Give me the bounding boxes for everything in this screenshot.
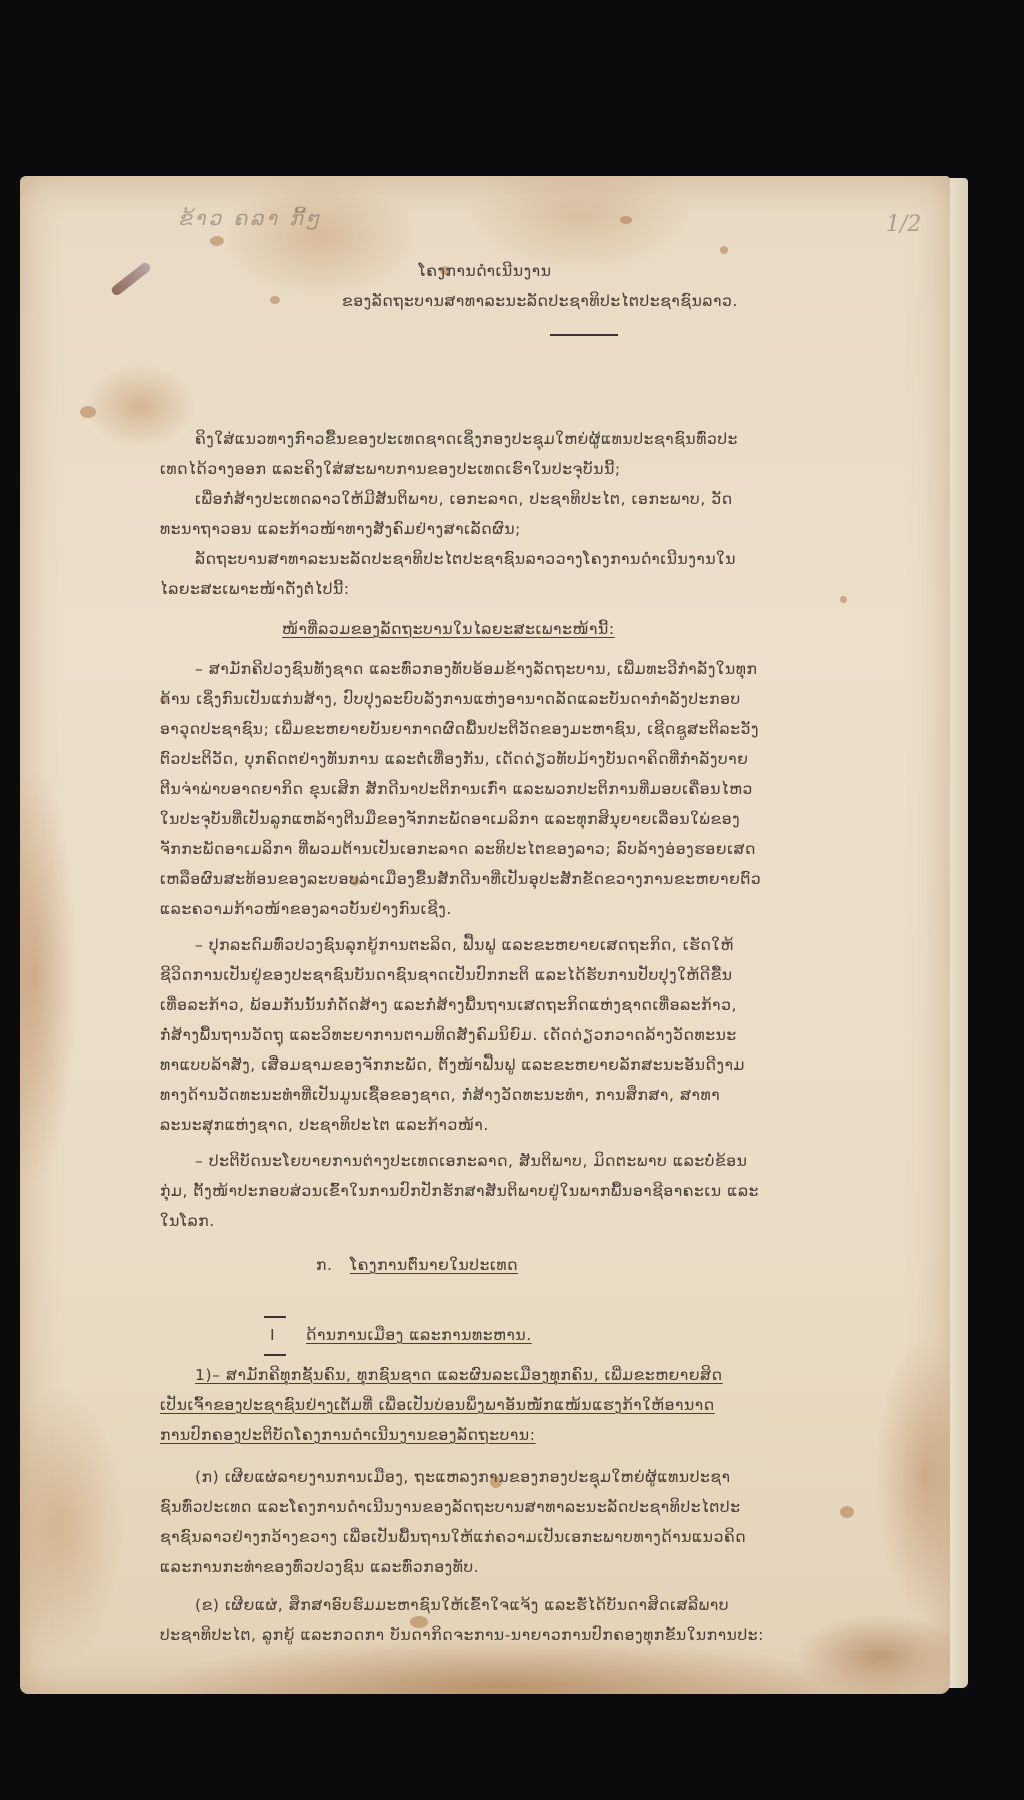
item1b-line: (ຂ) ເຜີຍແຜ່, ສຶກສາອົບຮົມມະຫາຊົນໃຫ້ເຂົ້າໃ… xyxy=(195,1596,729,1614)
item1-line: 1)– ສາມັກຄີທຸກຊັ້ນຄົນ, ທຸກຊົນຊາດ ແລະຜົນລ… xyxy=(195,1366,723,1384)
intro-line: ທະນາຖາວອນ ແລະກ້າວໜ້າທາງສັງຄົມຢ່າງສາເລັດຜ… xyxy=(160,520,521,538)
para2-line: ຊີວິດການເປັນຢູ່ຂອງປະຊາຊົນບັນດາຊົນຊາດເປັນ… xyxy=(160,966,733,984)
para1-line: ຕີນຈ່າພ່າບອາດຍາກິດ ຂຸນເສິກ ສັກດີນາປະຕິກາ… xyxy=(160,780,753,798)
title-line-2: ຂອງລັດຖະບານສາທາລະນະລັດປະຊາທິປະໄຕປະຊາຊົນລ… xyxy=(20,292,950,310)
roman-numeral-bar xyxy=(264,1316,286,1318)
intro-line: ເທດໄດ້ວາງອອກ ແລະຄິງໃສ່ສະພາບການຂອງປະເທດເຮ… xyxy=(160,460,621,478)
para3-line: ໃນໂລກ. xyxy=(160,1212,215,1230)
para2-line: ທາແບບລ້າສັງ, ເສື່ອມຊາມຂອງຈັກກະພັດ, ຕັ້ງໜ… xyxy=(160,1056,745,1074)
para2-line: ລະນະສຸກແຫ່ງຊາດ, ປະຊາທິປະໄຕ ແລະກ້າວໜ້າ. xyxy=(160,1116,489,1134)
item1b-line: ປະຊາທິປະໄຕ, ລູກຍູ້ ແລະກວດກາ ບັນດາກິດຈະກາ… xyxy=(160,1626,764,1644)
section-heading: ໜ້າທີ່ລວມຂອງລັດຖະບານໃນໄລຍະສະເພາະໜ້ານີ້: xyxy=(282,620,615,638)
intro-line: ຄິງໃສ່ແນວທາງກົາວຂື້ນຂອງປະເທດຊາດເຊິ່ງກອງປ… xyxy=(195,430,738,448)
item1-line: ການປົກຄອງປະຕິບັດໂຄງການດຳເນີນງານຂອງລັດຖະບ… xyxy=(160,1426,536,1444)
item1a-line: (ກ) ເຜີຍແຜ່ລາຍງານການເມືອງ, ຖະແຫລງການຂອງກ… xyxy=(195,1468,731,1486)
handwritten-stamp: ຂ້າວ ຄລາ ກີ້ໆ xyxy=(178,206,322,230)
section-a-heading: ໂຄງການຕົ່ນາຍໃນປະເທດ xyxy=(350,1256,518,1274)
para3-line: – ປະຕິບັດນະໂຍບາຍການຕ່າງປະເທດເອກະລາດ, ສັນ… xyxy=(195,1152,747,1170)
handwritten-page-number: 1/2 xyxy=(886,212,921,237)
intro-line: ໄລຍະສະເພາະໜ້າດັ່ງຕໍ່ໄປນີ້: xyxy=(160,580,350,598)
subsection-numeral: I xyxy=(270,1326,275,1344)
item1a-line: ຊົນທົ່ວປະເທດ ແລະໂຄງການດຳເນີນງານຂອງລັດຖະບ… xyxy=(160,1498,741,1516)
para3-line: ກຸ່ມ, ຕັ້ງໜ້າປະກອບສ່ວນເຂົ້າໃນການປົກປັກຮັ… xyxy=(160,1182,759,1200)
para2-line: ກໍ່ສ້າງພື້ນຖານວັດຖຸ ແລະວິທະຍາການຕາມທິດສັ… xyxy=(160,1026,737,1044)
para1-line: ເຫລືອຜົນສະທ້ອນຂອງລະບອບລ່າເມືອງຂື້ນສັກດີນ… xyxy=(160,870,761,888)
para1-line: ດ້ານ ເຊິ່ງກົນເປັນແກ່ນສ້າງ, ປົບປຸງລະບົບລັ… xyxy=(160,690,741,708)
para1-line: ແລະຄວາມກ້າວໜ້າຂອງລາວບັ້ນຢ່າງກົນເຊີງ. xyxy=(160,900,452,918)
para2-line: ທາງດ້ານວັດທະນະທຳທີ່ເປັນມູນເຊື້ອຂອງຊາດ, ກ… xyxy=(160,1086,720,1104)
title-divider xyxy=(550,334,618,336)
intro-line: ລັດຖະບານສາທາລະນະລັດປະຊາທິປະໄຕປະຊາຊົນລາວວ… xyxy=(195,550,736,568)
para1-line: ອາວຸດປະຊາຊົນ; ເພີ່ມຂະຫຍາຍບັນຍາກາດຜົດພື້ນ… xyxy=(160,720,759,738)
subsection-heading: ດ້ານການເມືອງ ແລະການທະຫານ. xyxy=(306,1326,532,1344)
para1-line: ໃນປະຈຸບັນທີ່ເປັນລູກແຫລ້າງຕີນມືຂອງຈັກກະພັ… xyxy=(160,810,740,828)
para2-line: ເທື່ອລະກ້າວ, ພ້ອມກັນນັ້ນກໍ່ດັດສ້າງ ແລະກໍ… xyxy=(160,996,737,1014)
item1a-line: ຊາຊົນລາວຢ່າງກວ້າງຂວາງ ເພື່ອເປັນພື້ນຖານໃຫ… xyxy=(160,1528,746,1546)
section-a-marker: ກ. xyxy=(316,1256,333,1274)
para1-line: – ສາມັກຄີປວງຊົນທັງຊາດ ແລະທົ່ວກອງທັບອ້ອມຂ… xyxy=(195,660,758,678)
roman-numeral-bar xyxy=(264,1354,286,1356)
para2-line: – ປຸກລະດົມທົ່ວປວງຊົນລຸກຍູ້ການຕະລິດ, ຟື້ນ… xyxy=(195,936,734,954)
item1a-line: ແລະການກະທຳຂອງທົ່ວປວງຊົນ ແລະທົ່ວກອງທັບ. xyxy=(160,1558,479,1576)
item1-line: ເປັນເຈົ້າຂອງປະຊາຊົນຢ່າງເຕັມທີ່ ເພື່ອເປັນ… xyxy=(160,1396,715,1414)
para1-line: ຈັກກະພັດອາເມລິກາ ທີ່ພວມຕ້ານເປັນເອກະລາດ ລ… xyxy=(160,840,756,858)
title-line-1: ໂຄງການດຳເນີນງານ xyxy=(20,262,950,280)
intro-line: ເພື່ອກໍ່ສ້າງປະເທດລາວໃຫ້ມີສັນຕິພາບ, ເອກະລ… xyxy=(195,490,733,508)
para1-line: ຕົວປະຕິວັດ, ບຸກຄົດຕຢ່າງທັນການ ແລະຕໍ່ເທື່… xyxy=(160,750,749,768)
document-page: ຂ້າວ ຄລາ ກີ້ໆ 1/2 ໂຄງການດຳເນີນງານ ຂອງລັດ… xyxy=(20,176,950,1694)
